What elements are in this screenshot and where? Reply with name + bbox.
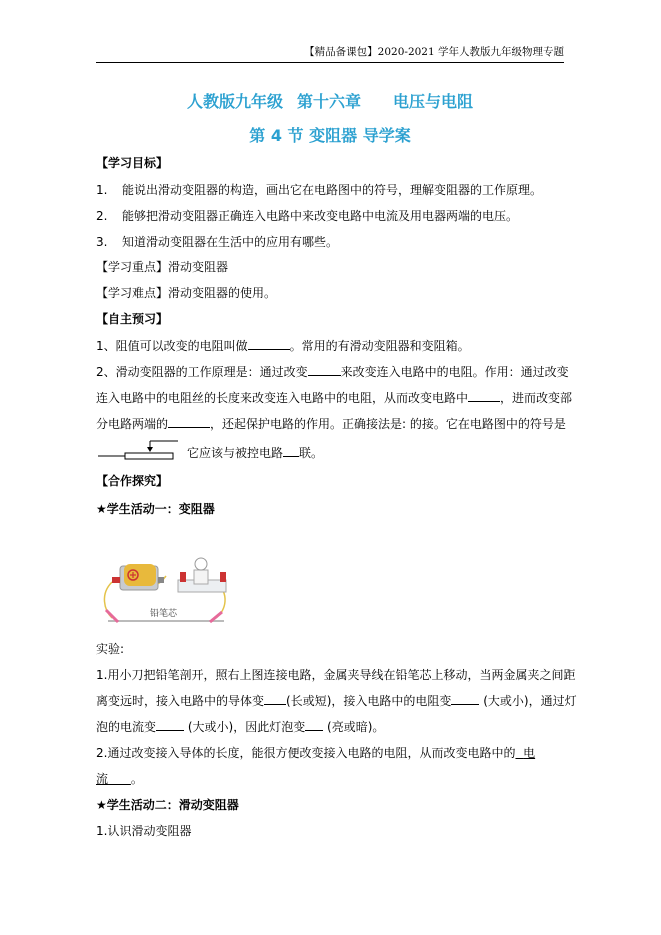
key-point: 【学习重点】滑动变阻器 [96,258,566,276]
activity-2-item-1: 1.认识滑动变阻器 [96,822,566,840]
figure-label: 铅笔芯 [150,607,178,619]
difficulty: 【学习难点】滑动变阻器的使用。 [96,284,566,302]
preview-question-1: 1、阻值可以改变的电阻叫做。常用的有滑动变阻器和变阻箱。 [96,337,566,355]
question-text: 连入电路中的电阻丝的长度来改变连入电路中的电阻，从而改变电路中 [96,391,468,405]
difficulty-text: 滑动变阻器的使用。 [168,286,276,300]
activity-1-heading: ★学生活动一：变阻器 [96,500,566,518]
experiment-label: 实验: [96,640,566,658]
title-grade: 人教版九年级 [187,92,283,111]
answer-blank[interactable] [305,718,323,731]
answer-text: 电 [523,746,535,760]
question-text: (亮或暗)。 [327,720,384,734]
question-text: 泡的电流变 [96,720,156,734]
filled-answer: 电 [515,746,535,760]
answer-blank[interactable] [264,692,286,705]
objective-text: 知道滑动变阻器在生活中的应用有哪些。 [122,235,338,249]
question-text: 联。 [299,446,323,460]
question-text: 离变远时，接入电路中的导体变 [96,694,264,708]
question-text: ，还起保护电路的作用。正确接法是: 的接。它在电路图中的符号是 [210,417,566,431]
preview-question-2-cont: 分电路两端的，还起保护电路的作用。正确接法是: 的接。它在电路图中的符号是 [96,415,566,433]
preview-question-2: 2、滑动变阻器的工作原理是：通过改变来改变连入电路中的电阻。作用：通过改变 [96,363,566,381]
key-point-label: 【学习重点】 [96,260,168,274]
answer-blank[interactable] [468,389,500,402]
objective-text: 能够把滑动变阻器正确连入电路中来改变电路中电流及用电器两端的电压。 [122,209,518,223]
experiment-step-2-cont: 流 。 [96,770,566,788]
title-topic: 电压与电阻 [393,92,473,111]
answer-blank[interactable] [451,692,479,705]
question-text: 2、滑动变阻器的工作原理是：通过改变 [96,365,308,379]
experiment-step-1-cont: 离变远时，接入电路中的导体变(长或短)，接入电路中的电阻变 (大或小)，通过灯 [96,692,566,710]
objective-text: 能说出滑动变阻器的构造，画出它在电路图中的符号，理解变阻器的工作原理。 [122,183,542,197]
objective-number: 1. [96,181,122,199]
question-text: (长或短)，接入电路中的电阻变 [286,694,451,708]
objective-number: 2. [96,207,122,225]
main-title: 人教版九年级第十六章电压与电阻 [96,89,564,112]
explore-heading: 【合作探究】 [96,472,566,490]
answer-blank[interactable] [308,363,341,376]
answer-blank[interactable] [248,337,290,350]
pencil-lead-circuit-image: 铅笔芯 [98,550,234,632]
objectives-heading: 【学习目标】 [96,154,566,172]
question-text: 1、阻值可以改变的电阻叫做 [96,339,248,353]
difficulty-label: 【学习难点】 [96,286,168,300]
filled-answer: 流 [96,772,131,786]
preview-question-2-cont: 连入电路中的电阻丝的长度来改变连入电路中的电阻，从而改变电路中，进而改变部 [96,389,566,407]
question-text: (大或小)，因此灯泡变 [188,720,305,734]
objective-item: 3.知道滑动变阻器在生活中的应用有哪些。 [96,233,566,251]
preview-question-2-end: 它应该与被控电路联。 [187,444,657,462]
experiment-step-1: 1.用小刀把铅笔剖开，照右上图连接电路，金属夹导线在铅笔芯上移动，当两金属夹之间… [96,666,566,684]
question-text: ，进而改变部 [500,391,572,405]
question-text: 它应该与被控电路 [187,446,283,460]
question-text: 2.通过改变接入导体的长度，能很方便改变接入电路的电阻，从而改变电路中的 [96,746,515,760]
question-text: (大或小)，通过灯 [483,694,576,708]
question-text: 。 [131,772,143,786]
activity-2-heading: ★学生活动二：滑动变阻器 [96,796,566,814]
experiment-step-2: 2.通过改变接入导体的长度，能很方便改变接入电路的电阻，从而改变电路中的 电 [96,744,566,762]
header-divider [96,62,564,63]
document-page: 【精品备课包】2020-2021 学年人教版九年级物理专题 人教版九年级第十六章… [0,0,661,935]
page-header: 【精品备课包】2020-2021 学年人教版九年级物理专题 [96,44,564,59]
title-chapter: 第十六章 [297,92,361,111]
section-title: 第 4 节 变阻器 导学案 [96,123,564,146]
experiment-step-1-cont: 泡的电流变 (大或小)，因此灯泡变 (亮或暗)。 [96,718,566,736]
key-point-text: 滑动变阻器 [168,260,228,274]
objective-item: 1.能说出滑动变阻器的构造，画出它在电路图中的符号，理解变阻器的工作原理。 [96,181,566,199]
answer-blank[interactable] [168,415,210,428]
answer-blank[interactable] [283,444,299,457]
answer-text: 流 [96,772,108,786]
question-text: 。常用的有滑动变阻器和变阻箱。 [290,339,470,353]
rheostat-symbol-icon [98,437,188,463]
answer-blank[interactable] [156,718,184,731]
question-text: 分电路两端的 [96,417,168,431]
preview-heading: 【自主预习】 [96,310,566,328]
objective-number: 3. [96,233,122,251]
objective-item: 2.能够把滑动变阻器正确连入电路中来改变电路中电流及用电器两端的电压。 [96,207,566,225]
question-text: 来改变连入电路中的电阻。作用：通过改变 [341,365,569,379]
